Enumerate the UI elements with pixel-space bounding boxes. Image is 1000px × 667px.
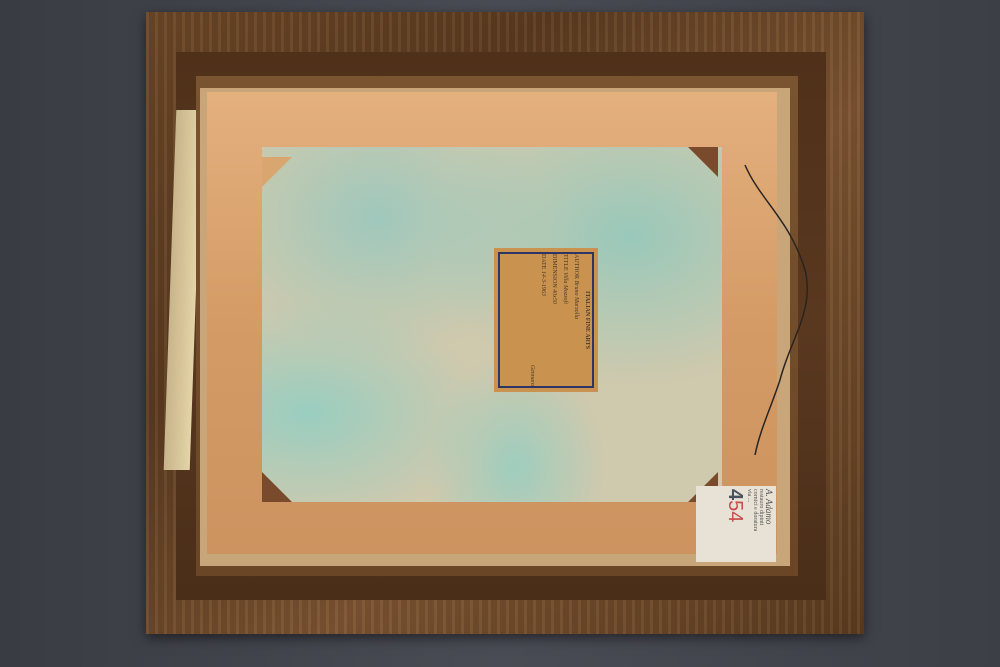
label-field-date: DATE 14-3-1963: [537, 254, 548, 386]
hanging-wire: [740, 160, 820, 460]
sticker-line: cornici e doratura: [752, 489, 758, 559]
label-field-dimension: DIMENSION 40x50: [548, 254, 559, 386]
sticker-line: restauro dipinti: [758, 489, 764, 559]
canvas-back: [262, 147, 722, 502]
label-field-title: TITLE Villa Mozzofi: [559, 254, 570, 386]
inventory-number: 454: [723, 489, 746, 559]
gallery-label: ITALIAN FINE ARTS AUTHOR Bruno Marzolla …: [494, 248, 598, 392]
label-signature: Gennaro: [526, 254, 537, 386]
label-heading: ITALIAN FINE ARTS: [581, 254, 592, 386]
restorer-sticker: A. Adamo restauro dipinti cornici e dora…: [696, 486, 776, 562]
label-field-author: AUTHOR Bruno Marzolla: [570, 254, 581, 386]
sticker-header: A. Adamo: [764, 489, 774, 559]
